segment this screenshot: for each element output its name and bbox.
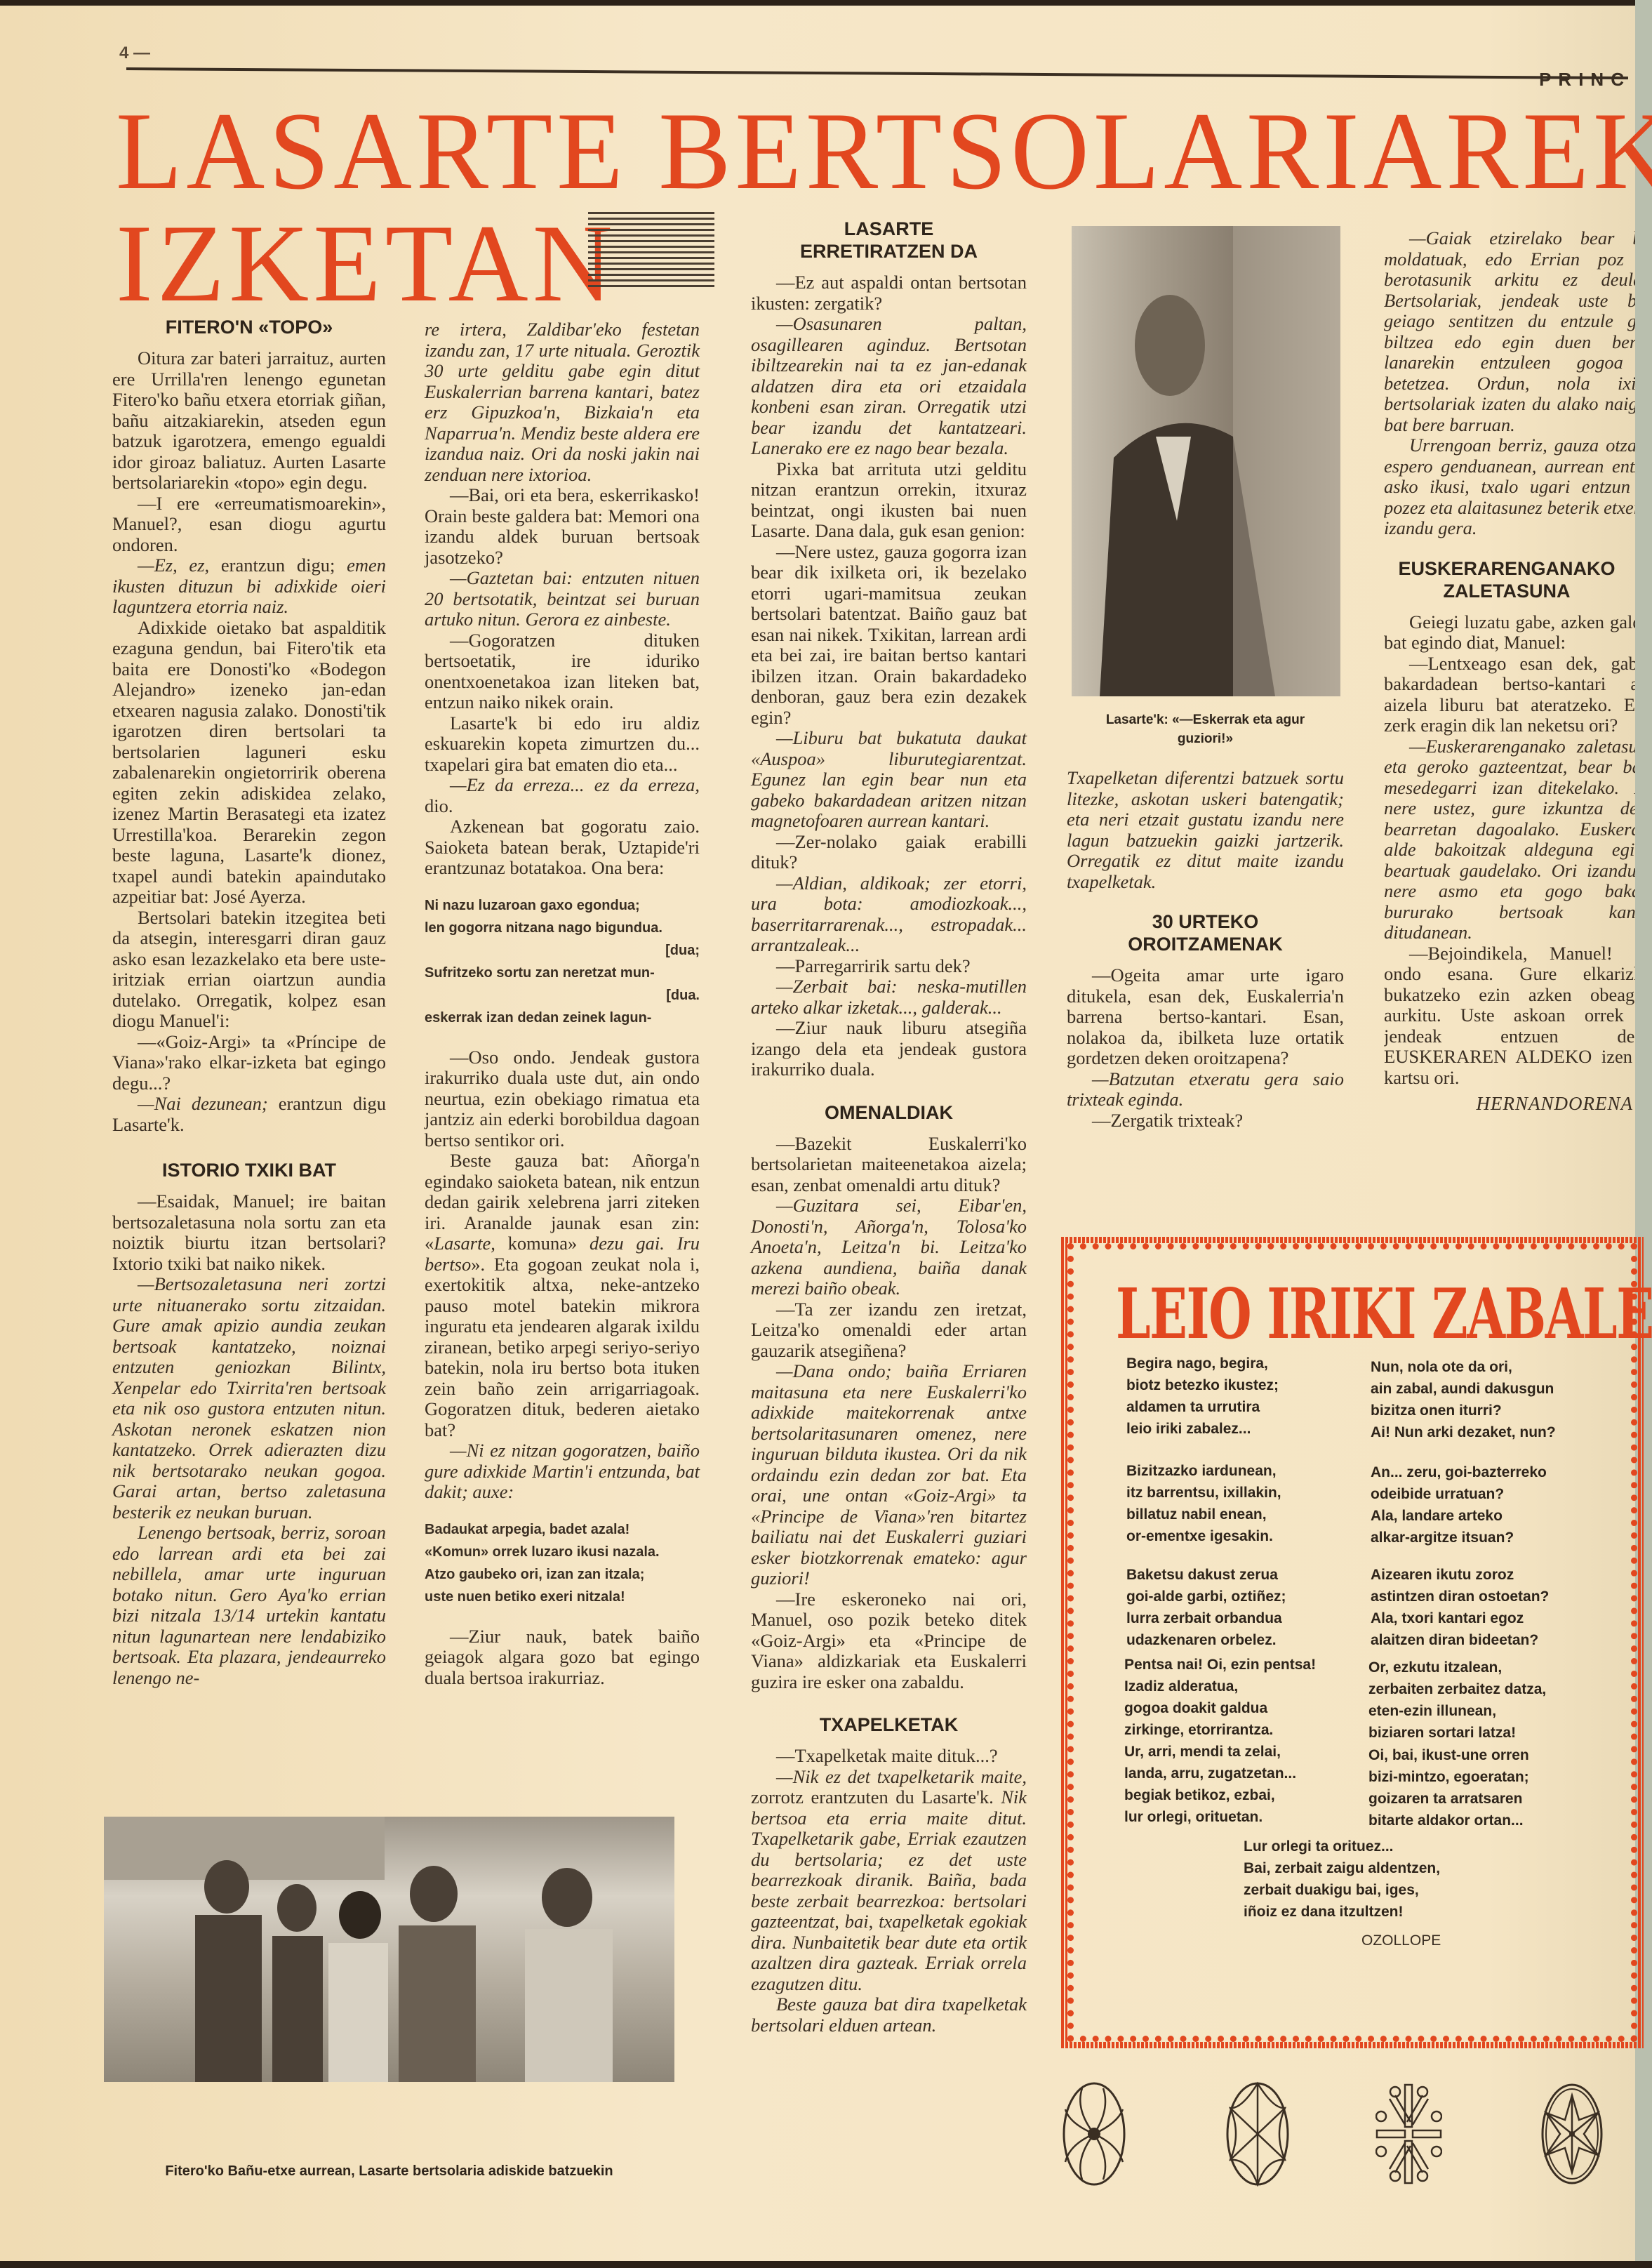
lasarte-portrait-photo — [1072, 226, 1340, 696]
paragraph: Azkenean bat gogoratu zaio. Saioketa bat… — [425, 816, 700, 879]
paragraph: —Gaiak etzirelako bear bela moldatuak, e… — [1384, 228, 1635, 435]
poem-line: goi-alde garbi, oztiñez; — [1126, 1586, 1286, 1607]
poem-line: Begira nago, begira, — [1126, 1353, 1279, 1374]
radial-bars-rosette-icon — [1375, 2081, 1442, 2187]
poem-stanza: Or, ezkutu itzalean, zerbaiten zerbaitez… — [1368, 1657, 1546, 1744]
poem-line: billatuz nabil enean, — [1126, 1504, 1281, 1525]
italic-text: —Nai dezunean; — [138, 1093, 268, 1114]
poem-line: Izadiz alderatua, — [1124, 1676, 1316, 1697]
paragraph: Beste gauza bat dira txapelketak bertsol… — [751, 1994, 1027, 2036]
paragraph: —Guzitara sei, Eibar'en, Donosti'n, Añor… — [751, 1195, 1027, 1299]
paragraph: —Ire eskeroneko nai ori, Manuel, oso poz… — [751, 1589, 1027, 1693]
poem-title: LEIO IRIKI ZABALEZ... — [1116, 1274, 1652, 1355]
text: komuna» — [495, 1233, 589, 1254]
poem-line: Aizearen ikutu zoroz — [1371, 1564, 1549, 1586]
portrait-caption: Lasarte'k: «—Eskerrak eta agur guziori!» — [1067, 710, 1344, 748]
verse-line: «Komun» orrek luzaro ikusi nazala. — [425, 1541, 700, 1563]
group-photo — [104, 1817, 674, 2082]
italic-text: —Nik ez det txapelketarik maite, — [776, 1766, 1027, 1787]
author-signature: HERNANDORENA — [1384, 1094, 1633, 1115]
poem-stanza: Aizearen ikutu zoroz astintzen diran ost… — [1371, 1564, 1549, 1651]
paragraph: —Ziur nauk liburu atsegiña izango dela e… — [751, 1018, 1027, 1080]
verse-line: [dua; — [425, 939, 700, 962]
paragraph: —Ni ez nitzan gogoratzen, baiño gure adi… — [425, 1440, 700, 1503]
poem-line: zirkinge, etorrirantza. — [1124, 1719, 1316, 1741]
paragraph: —Ez da erreza... ez da erreza, dio. — [425, 775, 700, 816]
poem-line: alaitzen diran bideetan? — [1371, 1629, 1549, 1651]
poem-line: biziaren sortari latza! — [1368, 1722, 1546, 1744]
poem-stanza: Nun, nola ote da ori, ain zabal, aundi d… — [1371, 1356, 1556, 1443]
column-2: re irtera, Zaldibar'eko festetan izandu … — [425, 319, 700, 1688]
poem-stanza: Pentsa nai! Oi, ezin pentsa! Izadiz alde… — [1124, 1654, 1316, 1741]
paragraph: Beste gauza bat: Añorga'n egindako saiok… — [425, 1150, 700, 1440]
paragraph: Oitura zar bateri jarraituz, aurten ere … — [112, 348, 386, 493]
column-1: FITERO'N «TOPO» Oitura zar bateri jarrai… — [112, 309, 386, 1688]
paragraph: —Dana ondo; baiña Erriaren maitasuna eta… — [751, 1361, 1027, 1589]
text: zorrotz erantzuten du Lasarte'k. — [751, 1786, 1001, 1808]
paragraph: Adixkide oietako bat aspalditik ezaguna … — [112, 618, 386, 908]
paragraph: Pixka bat arrituta utzi gelditu nitzan e… — [751, 459, 1027, 542]
poem-line: Ala, txori kantari egoz — [1371, 1607, 1549, 1629]
poem-line: bizitza onen iturri? — [1371, 1400, 1556, 1421]
paragraph: —Aldian, aldikoak; zer etorri, ura bota:… — [751, 873, 1027, 956]
group-photo-caption: Fitero'ko Bañu-etxe aurrean, Lasarte ber… — [104, 2163, 674, 2180]
poem-line: Oi, bai, ikust-une orren — [1368, 1744, 1529, 1766]
verse-line: uste nuen betiko exeri nitzala! — [425, 1586, 700, 1608]
paragraph: Lenengo bertsoak, berriz, soroan edo lar… — [112, 1523, 386, 1688]
verse-block: Ni nazu luzaroan gaxo egondua; len gogor… — [425, 894, 700, 1029]
verse-line: Badaukat arpegia, badet azala! — [425, 1518, 700, 1541]
poem-line: goizaren ta arratsaren — [1368, 1788, 1529, 1810]
paragraph: —Liburu bat bukatuta daukat «Auspoa» lib… — [751, 728, 1027, 832]
column-5: —Gaiak etzirelako bear bela moldatuak, e… — [1384, 228, 1635, 1115]
paragraph: —Batzutan etxeratu gera saio trixteak eg… — [1067, 1069, 1344, 1110]
poem-line: leio iriki zabalez... — [1126, 1418, 1279, 1440]
poem-line: zerbait duakigu bai, iges, — [1244, 1879, 1440, 1901]
poem-stanza: Begira nago, begira, biotz betezko ikust… — [1126, 1353, 1279, 1440]
poem-line: An... zeru, goi-bazterreko — [1371, 1461, 1547, 1483]
poem-line: iñoiz ez dana itzultzen! — [1244, 1901, 1440, 1923]
column-3: LASARTE ERRETIRATZEN DA —Ez aut aspaldi … — [751, 211, 1027, 2036]
poem-line: zerbaiten zerbaitez datza, — [1368, 1678, 1546, 1700]
paragraph: —«Goiz-Argi» ta «Príncipe de Viana»'rako… — [112, 1032, 386, 1094]
magazine-page: 4 — PRINC LASARTE BERTSOLARIAREKIN IZKET… — [0, 0, 1652, 2268]
text: ». Eta gogoan zeukat nola i, exertokitik… — [425, 1254, 700, 1440]
poem-stanza: Oi, bai, ikust-une orren bizi-mintzo, eg… — [1368, 1744, 1529, 1831]
paragraph: —Bertsozaletasuna neri zortzi urte nitua… — [112, 1274, 386, 1523]
headline-line-1: LASARTE BERTSOLARIAREKIN — [116, 88, 1652, 215]
poem-line: or-ementxe igesakin. — [1126, 1525, 1281, 1547]
poem-line: odeibide urratuan? — [1371, 1483, 1547, 1505]
paragraph: —Ta zer izandu zen iretzat, Leitza'ko om… — [751, 1299, 1027, 1362]
section-heading: OMENALDIAK — [751, 1101, 1027, 1124]
poem-line: Bizitzazko iardunean, — [1126, 1460, 1281, 1482]
swirl-rosette-icon — [1061, 2081, 1128, 2187]
poem-stanza: An... zeru, goi-bazterreko odeibide urra… — [1371, 1461, 1547, 1549]
italic-text: —Ez da erreza... ez da erreza, — [450, 774, 700, 795]
paragraph: —Zergatik trixteak? — [1067, 1110, 1344, 1132]
section-heading: ISTORIO TXIKI BAT — [112, 1159, 386, 1181]
paragraph: Urrengoan berriz, gauza otzagoa espero g… — [1384, 435, 1635, 539]
paragraph: —Nere ustez, gauza gogorra izan bear dik… — [751, 542, 1027, 729]
paragraph: Geiegi luzatu gabe, azken galdera bat eg… — [1384, 612, 1635, 654]
section-heading: EUSKERARENGANAKO ZALETASUNA — [1384, 557, 1630, 602]
six-point-star-rosette-icon — [1540, 2081, 1604, 2187]
paragraph: —Gogoratzen dituken bertsoetatik, ire id… — [425, 630, 700, 713]
section-heading: 30 URTEKO OROITZAMENAK — [1067, 910, 1344, 955]
paragraph: —Lentxeago esan dek, gabeko bakardadean … — [1384, 654, 1635, 736]
poem-line: Ur, arri, mendi ta zelai, — [1124, 1741, 1296, 1763]
decorative-stripes — [588, 212, 714, 289]
paragraph: —Ez, ez, erantzun digu; emen ikusten dit… — [112, 555, 386, 618]
poem-line: aldamen ta urrutira — [1126, 1396, 1279, 1418]
poem-line: ain zabal, aundi dakusgun — [1371, 1378, 1556, 1400]
section-heading: TXAPELKETAK — [751, 1713, 1027, 1736]
page-number: 4 — — [119, 44, 150, 63]
verse-line: Atzo gaubeko ori, izan zan itzala; — [425, 1563, 700, 1586]
poem-line: bizi-mintzo, egoeratan; — [1368, 1766, 1529, 1788]
poem-line: Lur orlegi ta orituez... — [1244, 1836, 1440, 1857]
poem-line: eten-ezin illunean, — [1368, 1700, 1546, 1722]
section-heading: FITERO'N «TOPO» — [112, 316, 386, 338]
poem-line: Ai! Nun arki dezaket, nun? — [1371, 1421, 1556, 1443]
verse-block: Badaukat arpegia, badet azala! «Komun» o… — [425, 1518, 700, 1608]
top-edge — [0, 0, 1652, 6]
paragraph: —Bai, ori eta bera, eskerrikasko! Orain … — [425, 485, 700, 568]
poem-stanza: Ur, arri, mendi ta zelai, landa, arru, z… — [1124, 1741, 1296, 1828]
group-figures-icon — [104, 1817, 674, 2082]
column-4: Lasarte'k: «—Eskerrak eta agur guziori!»… — [1067, 710, 1344, 1131]
section-heading: LASARTE ERRETIRATZEN DA — [751, 218, 1027, 263]
paragraph: —Bazekit Euskalerri'ko bertsolarietan ma… — [751, 1134, 1027, 1196]
italic-text: —Ez, ez, — [138, 555, 209, 576]
poem-line: landa, arru, zugatzetan... — [1124, 1763, 1296, 1784]
verse-line: len gogorra nitzana nago bigundua. — [425, 917, 700, 939]
poem-line: astintzen diran ostoetan? — [1371, 1586, 1549, 1607]
poem-author: OZOLLOPE — [1361, 1932, 1441, 1949]
paragraph: —Euskerarenganako zaletasunak eta geroko… — [1384, 736, 1635, 943]
poem-line: Bai, zerbait zaigu aldentzen, — [1244, 1857, 1440, 1879]
poem-line: udazkenaren orbelez. — [1126, 1629, 1286, 1651]
poem-line: itz barrentsu, ixillakin, — [1126, 1482, 1281, 1504]
poem-line: Pentsa nai! Oi, ezin pentsa! — [1124, 1654, 1316, 1676]
poem-line: Or, ezkutu itzalean, — [1368, 1657, 1546, 1678]
paragraph: Lasarte'k bi edo iru aldiz eskuarekin ko… — [425, 713, 700, 776]
poem-line: Nun, nola ote da ori, — [1371, 1356, 1556, 1378]
verse-line: eskerrak izan dedan zeinek lagun- — [425, 1007, 700, 1029]
poem-line: lur orlegi, orituetan. — [1124, 1806, 1296, 1828]
poem-line: alkar-argitze itsuan? — [1371, 1527, 1547, 1549]
paragraph: Bertsolari batekin itzegitea beti da ats… — [112, 908, 386, 1032]
verse-line: Sufritzeko sortu zan neretzat mun- — [425, 962, 700, 984]
paragraph: —Gaztetan bai: entzuten nituen 20 bertso… — [425, 568, 700, 630]
poem-line: biotz betezko ikustez; — [1126, 1374, 1279, 1396]
poem-line: begiak betikoz, ezbai, — [1124, 1784, 1296, 1806]
text: erantzun digu; — [209, 555, 347, 576]
poem-line: bitarte aldakor ortan... — [1368, 1810, 1529, 1831]
paragraph: Txapelketan diferentzi batzuek sortu lit… — [1067, 768, 1344, 892]
paragraph: re irtera, Zaldibar'eko festetan izandu … — [425, 319, 700, 485]
paragraph: —Nai dezunean; erantzun digu Lasarte'k. — [112, 1094, 386, 1135]
paragraph: —I ere «erreumatismoarekin», Manuel?, es… — [112, 493, 386, 556]
paragraph: —Esaidak, Manuel; ire baitan bertsozalet… — [112, 1191, 386, 1274]
paragraph: —Osasunaren paltan, osagillearen aginduz… — [751, 314, 1027, 459]
verse-line: [dua. — [425, 984, 700, 1007]
verse-line: Ni nazu luzaroan gaxo egondua; — [425, 894, 700, 917]
portrait-figure-icon — [1072, 226, 1340, 696]
poem-final-stanza: Lur orlegi ta orituez... Bai, zerbait za… — [1244, 1836, 1440, 1923]
poem-line: Ala, landare arteko — [1371, 1505, 1547, 1527]
paragraph: —Oso ondo. Jendeak gustora irakurriko du… — [425, 1047, 700, 1151]
paragraph: —Bejoindikela, Manuel! Oso ondo esana. G… — [1384, 943, 1635, 1089]
paragraph: —Ogeita amar urte igaro ditukela, esan d… — [1067, 965, 1344, 1069]
header-rule — [126, 67, 1628, 79]
paragraph: —Zerbait bai: neska-mutillen arteko alka… — [751, 976, 1027, 1018]
bottom-edge — [0, 2261, 1652, 2268]
poem-stanza: Bizitzazko iardunean, itz barrentsu, ixi… — [1126, 1460, 1281, 1547]
hexafoil-rosette-icon — [1225, 2081, 1291, 2187]
paragraph: —Nik ez det txapelketarik maite, zorrotz… — [751, 1767, 1027, 1995]
poem-stanza: Baketsu dakust zerua goi-alde garbi, ozt… — [1126, 1564, 1286, 1651]
poem-line: Baketsu dakust zerua — [1126, 1564, 1286, 1586]
poem-line: gogoa doakit galdua — [1124, 1697, 1316, 1719]
italic-text: Nik bertsoa eta erria maite ditut. Txape… — [751, 1786, 1027, 1994]
text: dio. — [425, 795, 453, 816]
italic-text: Lasarte, — [434, 1233, 495, 1254]
paragraph: —Parregarririk sartu dek? — [751, 956, 1027, 977]
poem-line: lurra zerbait orbandua — [1126, 1607, 1286, 1629]
paragraph: —Ez aut aspaldi ontan bertsotan ikusten:… — [751, 272, 1027, 314]
paragraph: —Txapelketak maite dituk...? — [751, 1746, 1027, 1767]
paragraph: —Ziur nauk, batek baiño geiagok algara g… — [425, 1626, 700, 1689]
paragraph: —Zer-nolako gaiak erabilli dituk? — [751, 832, 1027, 873]
